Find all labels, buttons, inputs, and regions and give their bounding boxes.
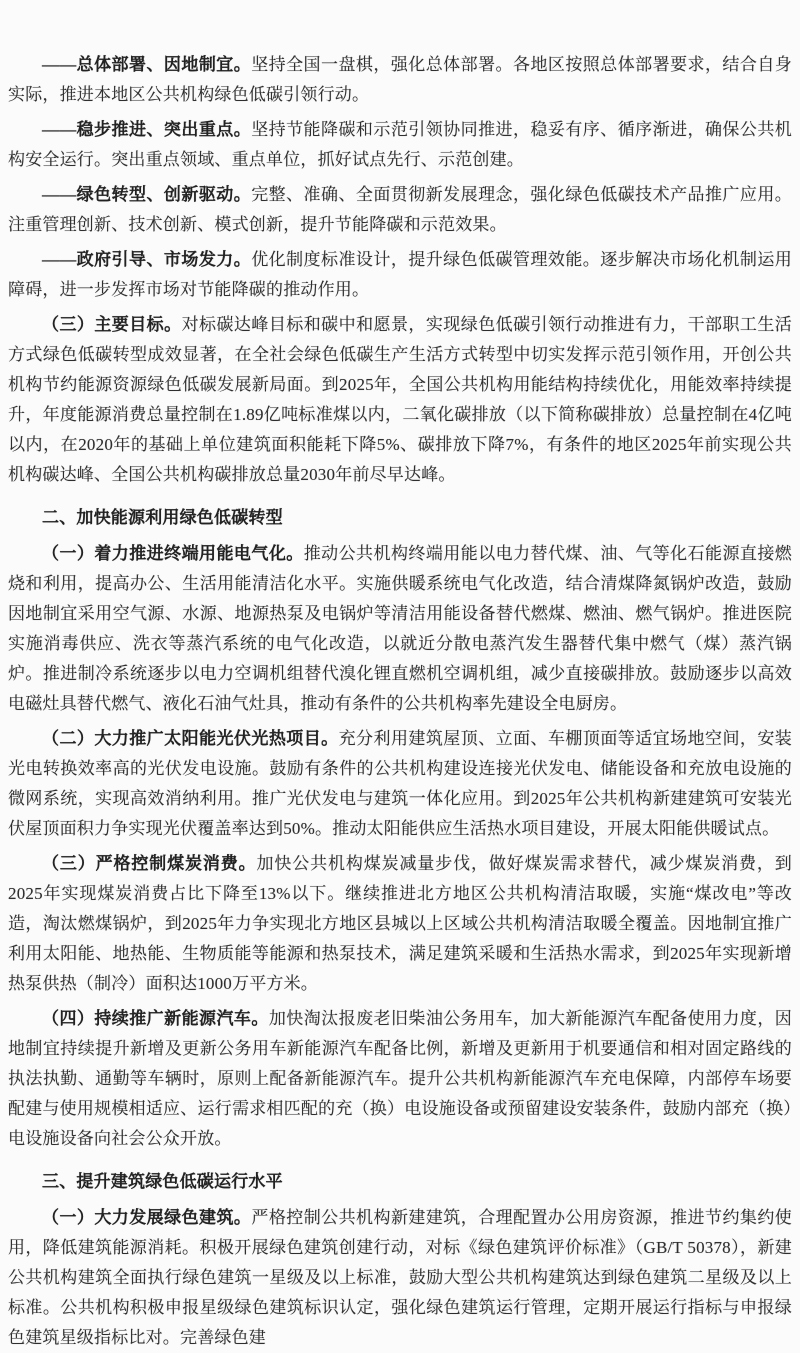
paragraph-text: 推动公共机构终端用能以电力替代煤、油、气等化石能源直接燃烧和利用，提高办公、生活… (8, 544, 792, 713)
paragraph: （一）着力推进终端用能电气化。推动公共机构终端用能以电力替代煤、油、气等化石能源… (8, 539, 792, 719)
paragraph: （三）严格控制煤炭消费。加快公共机构煤炭减量步伐，做好煤炭需求替代，减少煤炭消费… (8, 849, 792, 999)
paragraph-text: 严格控制公共机构新建建筑，合理配置办公用房资源，推进节约集约使用，降低建筑能源消… (8, 1208, 792, 1347)
paragraph: ——稳步推进、突出重点。坚持节能降碳和示范引领协同推进，稳妥有序、循序渐进，确保… (8, 115, 792, 175)
paragraph-text: 对标碳达峰目标和碳中和愿景，实现绿色低碳引领行动推进有力，干部职工生活方式绿色低… (8, 315, 792, 484)
paragraph-lead: （四）持续推广新能源汽车。 (42, 1009, 269, 1028)
paragraph-lead: ——绿色转型、创新驱动。 (42, 185, 251, 204)
section-heading: 三、提升建筑绿色低碳运行水平 (8, 1167, 792, 1197)
section-heading-text: 三、提升建筑绿色低碳运行水平 (42, 1172, 283, 1191)
section-heading: 二、加快能源利用绿色低碳转型 (8, 503, 792, 533)
paragraph-lead: （三）严格控制煤炭消费。 (42, 854, 256, 873)
document-body: ——总体部署、因地制宜。坚持全国一盘棋，强化总体部署。各地区按照总体部署要求，结… (8, 50, 792, 1353)
paragraph: ——绿色转型、创新驱动。完整、准确、全面贯彻新发展理念，强化绿色低碳技术产品推广… (8, 180, 792, 240)
paragraph: ——政府引导、市场发力。优化制度标准设计，提升绿色低碳管理效能。逐步解决市场化机… (8, 245, 792, 305)
paragraph-text: 加快公共机构煤炭减量步伐，做好煤炭需求替代，减少煤炭消费，到2025年实现煤炭消… (8, 854, 792, 993)
paragraph-lead: （一）着力推进终端用能电气化。 (42, 544, 304, 563)
paragraph: （一）大力发展绿色建筑。严格控制公共机构新建建筑，合理配置办公用房资源，推进节约… (8, 1203, 792, 1353)
section-heading-text: 二、加快能源利用绿色低碳转型 (42, 508, 283, 527)
paragraph-lead: ——政府引导、市场发力。 (42, 250, 251, 269)
paragraph: ——总体部署、因地制宜。坚持全国一盘棋，强化总体部署。各地区按照总体部署要求，结… (8, 50, 792, 110)
paragraph: （三）主要目标。对标碳达峰目标和碳中和愿景，实现绿色低碳引领行动推进有力，干部职… (8, 310, 792, 490)
paragraph-lead: （二）大力推广太阳能光伏光热项目。 (42, 729, 339, 748)
paragraph-text: 加快淘汰报废老旧柴油公务用车，加大新能源汽车配备使用力度，因地制宜持续提升新增及… (8, 1009, 792, 1148)
document-page: ——总体部署、因地制宜。坚持全国一盘棋，强化总体部署。各地区按照总体部署要求，结… (0, 0, 800, 1353)
paragraph-lead: （三）主要目标。 (42, 315, 182, 334)
paragraph: （二）大力推广太阳能光伏光热项目。充分利用建筑屋顶、立面、车棚顶面等适宜场地空间… (8, 724, 792, 844)
paragraph-lead: ——总体部署、因地制宜。 (42, 55, 251, 74)
paragraph-lead: ——稳步推进、突出重点。 (42, 120, 251, 139)
paragraph: （四）持续推广新能源汽车。加快淘汰报废老旧柴油公务用车，加大新能源汽车配备使用力… (8, 1004, 792, 1154)
paragraph-lead: （一）大力发展绿色建筑。 (42, 1208, 251, 1227)
